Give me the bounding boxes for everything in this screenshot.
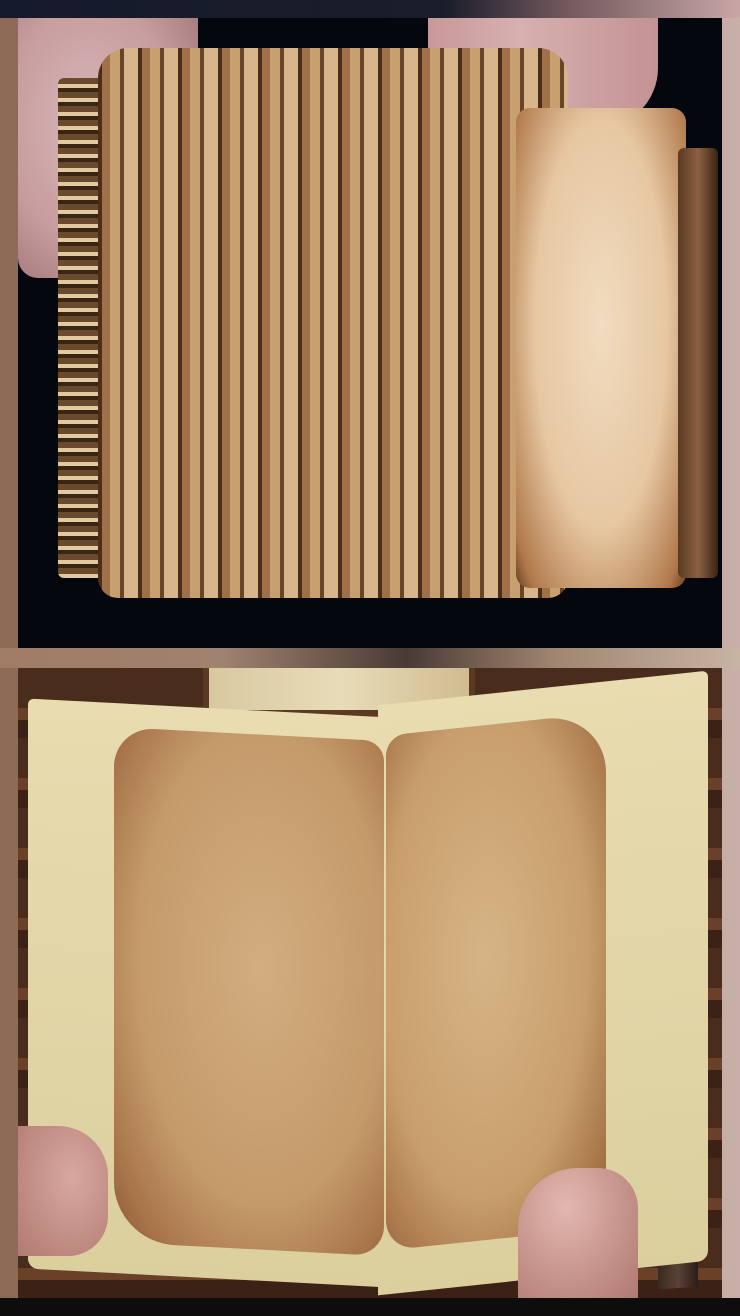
collage-border-top — [0, 0, 740, 18]
burned-page-edges — [98, 48, 568, 598]
collage-divider — [0, 648, 740, 668]
left-thumb — [18, 1126, 108, 1256]
collage-border-bottom — [0, 1298, 740, 1316]
left-page-burn-stain — [114, 727, 384, 1256]
back-cover-edge — [678, 148, 718, 578]
right-thumb — [518, 1168, 638, 1298]
visible-page — [516, 108, 686, 588]
photo-charred-book — [18, 18, 722, 648]
charred-book — [58, 38, 718, 598]
photo-restored-book — [18, 668, 722, 1298]
